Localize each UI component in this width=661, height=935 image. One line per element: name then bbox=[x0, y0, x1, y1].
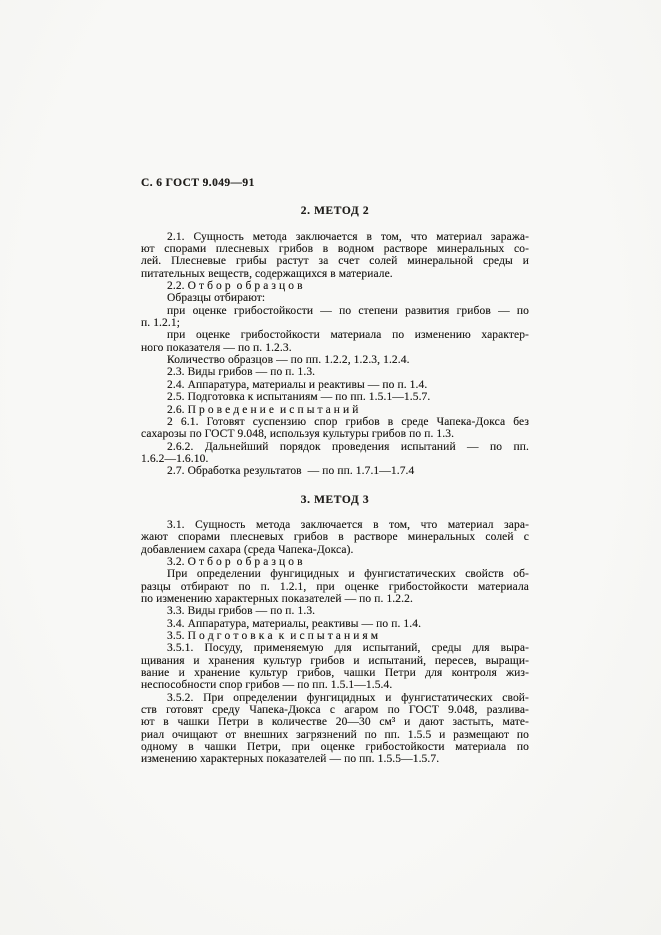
text-line: 2.7. Обработка результатов — по пп. 1.7.… bbox=[141, 465, 529, 477]
text-line: 2.6.2. Дальнейший порядок проведения исп… bbox=[141, 441, 529, 453]
text-line: 1.6.2—1.6.10. bbox=[141, 453, 529, 465]
text-line: по изменению характерных показателей — п… bbox=[141, 593, 529, 605]
text-line: при оценке грибостойкости материала по и… bbox=[141, 329, 529, 341]
paragraph: 3.3. Виды грибов — по п. 1.3. bbox=[141, 605, 529, 617]
text-line: неспособности спор грибов — по пп. 1.5.1… bbox=[141, 679, 529, 691]
paragraph: Образцы отбирают: bbox=[141, 292, 529, 304]
text-line: лей. Плесневые грибы растут за счет соле… bbox=[141, 255, 529, 267]
text-line: 2.3. Виды грибов — по п. 1.3. bbox=[141, 366, 529, 378]
paragraph: 2.1. Сущность метода заключается в том, … bbox=[141, 231, 529, 280]
text-line: 2 6.1. Готовят суспензию спор грибов в с… bbox=[141, 416, 529, 428]
text-line: 3.1. Сущность метода заключается в том, … bbox=[141, 519, 529, 531]
section-heading: 2. МЕТОД 2 bbox=[141, 205, 529, 217]
text-line: Образцы отбирают: bbox=[141, 292, 529, 304]
text-line: 3.4. Аппаратура, материалы, реактивы — п… bbox=[141, 618, 529, 630]
paragraph: 3.5. П о д г о т о в к а к и с п ы т а н… bbox=[141, 630, 529, 642]
document-content: С. 6 ГОСТ 9.049—91 2. МЕТОД 22.1. Сущнос… bbox=[141, 177, 529, 766]
text-line: ного показателя — по п. 1.2.3. bbox=[141, 342, 529, 354]
text-line: 3.2. О т б о р о б р а з ц о в bbox=[141, 556, 529, 568]
paragraph: при оценке грибостойкости — по степени р… bbox=[141, 305, 529, 330]
page-header: С. 6 ГОСТ 9.049—91 bbox=[141, 177, 529, 189]
paragraph: 3.5.1. Посуду, применяемую для испытаний… bbox=[141, 642, 529, 691]
text-line: При определении фунгицидных и фунгистати… bbox=[141, 568, 529, 580]
text-line: ств готовят среду Чапека-Дюкса с агаром … bbox=[141, 704, 529, 716]
text-line: 3.5.1. Посуду, применяемую для испытаний… bbox=[141, 642, 529, 654]
paragraph: 2.4. Аппаратура, материалы и реактивы — … bbox=[141, 379, 529, 391]
text-line: питательных веществ, содержащихся в мате… bbox=[141, 268, 529, 280]
section-heading: 3. МЕТОД 3 bbox=[141, 494, 529, 506]
text-line: ют спорами плесневых грибов в водном рас… bbox=[141, 243, 529, 255]
paragraph: 2.7. Обработка результатов — по пп. 1.7.… bbox=[141, 465, 529, 477]
text-line: сахарозы по ГОСТ 9.048, используя культу… bbox=[141, 428, 529, 440]
paragraph: 2.6. П р о в е д е н и е и с п ы т а н и… bbox=[141, 404, 529, 416]
paragraph: При определении фунгицидных и фунгистати… bbox=[141, 568, 529, 605]
text-line: щивания и хранения культур грибов и испы… bbox=[141, 655, 529, 667]
paragraph: 3.2. О т б о р о б р а з ц о в bbox=[141, 556, 529, 568]
text-line: ют в чашки Петри в количестве 20—30 см³ … bbox=[141, 716, 529, 728]
text-line: 2.2. О т б о р о б р а з ц о в bbox=[141, 280, 529, 292]
paragraph: 3.1. Сущность метода заключается в том, … bbox=[141, 519, 529, 556]
paragraph: 2.3. Виды грибов — по п. 1.3. bbox=[141, 366, 529, 378]
text-line: жают спорами плесневых грибов в растворе… bbox=[141, 531, 529, 543]
text-line: разцы отбирают по п. 1.2.1, при оценке г… bbox=[141, 581, 529, 593]
text-line: изменению характерных показателей — по п… bbox=[141, 753, 529, 765]
paragraph: Количество образцов — по пп. 1.2.2, 1.2.… bbox=[141, 354, 529, 366]
text-line: одному в чашки Петри, при оценке грибост… bbox=[141, 741, 529, 753]
paragraph: 3.4. Аппаратура, материалы, реактивы — п… bbox=[141, 618, 529, 630]
text-line: 3.5. П о д г о т о в к а к и с п ы т а н… bbox=[141, 630, 529, 642]
text-line: 3.5.2. При определении фунгицидных и фун… bbox=[141, 692, 529, 704]
text-line: 2.6. П р о в е д е н и е и с п ы т а н и… bbox=[141, 404, 529, 416]
paragraph: 2.2. О т б о р о б р а з ц о в bbox=[141, 280, 529, 292]
text-line: 2.5. Подготовка к испытаниям — по пп. 1.… bbox=[141, 391, 529, 403]
paragraph: 3.5.2. При определении фунгицидных и фун… bbox=[141, 692, 529, 766]
text-line: Количество образцов — по пп. 1.2.2, 1.2.… bbox=[141, 354, 529, 366]
text-line: риал очищают от внешних загрязнений по п… bbox=[141, 729, 529, 741]
text-line: 2.1. Сущность метода заключается в том, … bbox=[141, 231, 529, 243]
document-body: 2. МЕТОД 22.1. Сущность метода заключает… bbox=[141, 205, 529, 765]
paragraph: 2.6.2. Дальнейший порядок проведения исп… bbox=[141, 441, 529, 466]
paragraph: 2 6.1. Готовят суспензию спор грибов в с… bbox=[141, 416, 529, 441]
paragraph: 2.5. Подготовка к испытаниям — по пп. 1.… bbox=[141, 391, 529, 403]
text-line: 3.3. Виды грибов — по п. 1.3. bbox=[141, 605, 529, 617]
text-line: добавлением сахара (среда Чапека-Докса). bbox=[141, 544, 529, 556]
text-line: вание и хранение культур грибов, чашки П… bbox=[141, 667, 529, 679]
text-line: 2.4. Аппаратура, материалы и реактивы — … bbox=[141, 379, 529, 391]
scanned-document-page: С. 6 ГОСТ 9.049—91 2. МЕТОД 22.1. Сущнос… bbox=[0, 0, 661, 935]
text-line: п. 1.2.1; bbox=[141, 317, 529, 329]
text-line: при оценке грибостойкости — по степени р… bbox=[141, 305, 529, 317]
paragraph: при оценке грибостойкости материала по и… bbox=[141, 329, 529, 354]
